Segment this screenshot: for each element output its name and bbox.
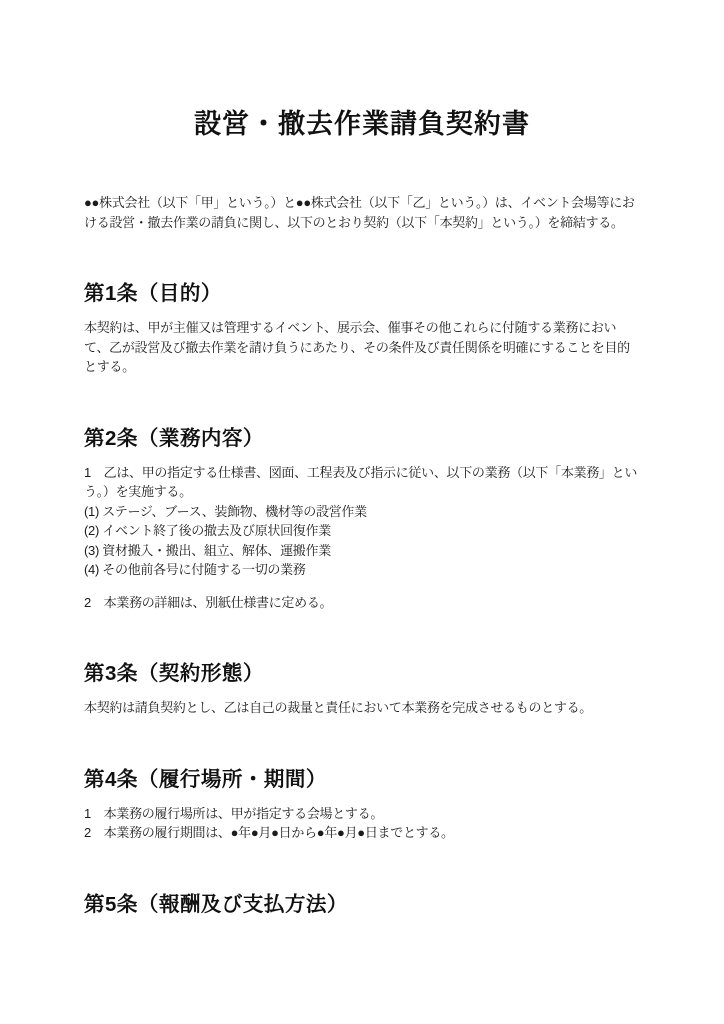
article-paragraph: 本契約は、甲が主催又は管理するイベント、展示会、催事その他これらに付随する業務に… [84, 318, 640, 377]
paragraph-group: 本契約は請負契約とし、乙は自己の裁量と責任において本業務を完成させるものとする。 [84, 698, 640, 718]
preamble-paragraph: ●●株式会社（以下「甲」という。）と●●株式会社（以下「乙」という。）は、イベン… [84, 193, 640, 232]
article-paragraph: 本契約は請負契約とし、乙は自己の裁量と責任において本業務を完成させるものとする。 [84, 698, 640, 718]
article-heading: 第1条（目的） [84, 280, 640, 308]
paragraph-group: 1 本業務の履行場所は、甲が指定する会場とする。2 本業務の履行期間は、●年●月… [84, 804, 640, 843]
document-title: 設営・撤去作業請負契約書 [84, 104, 640, 144]
article-section: 第4条（履行場所・期間）1 本業務の履行場所は、甲が指定する会場とする。2 本業… [84, 766, 640, 843]
article-section: 第2条（業務内容）1 乙は、甲の指定する仕様書、図面、工程表及び指示に従い、以下… [84, 425, 640, 613]
article-paragraph: 1 本業務の履行場所は、甲が指定する会場とする。 [84, 804, 640, 824]
article-paragraph: (1) ステージ、ブース、装飾物、機材等の設営作業 [84, 502, 640, 522]
contract-document-page: 設営・撤去作業請負契約書 ●●株式会社（以下「甲」という。）と●●株式会社（以下… [0, 0, 724, 1024]
paragraph-group: 本契約は、甲が主催又は管理するイベント、展示会、催事その他これらに付随する業務に… [84, 318, 640, 377]
article-paragraph: (2) イベント終了後の撤去及び原状回復作業 [84, 521, 640, 541]
article-paragraph: 2 本業務の詳細は、別紙仕様書に定める。 [84, 593, 640, 613]
article-heading: 第2条（業務内容） [84, 425, 640, 453]
article-paragraph: (4) その他前各号に付随する一切の業務 [84, 560, 640, 580]
article-section: 第5条（報酬及び支払方法） [84, 891, 640, 919]
article-paragraph: 2 本業務の履行期間は、●年●月●日から●年●月●日までとする。 [84, 823, 640, 843]
articles: 第1条（目的）本契約は、甲が主催又は管理するイベント、展示会、催事その他これらに… [84, 280, 640, 919]
article-section: 第1条（目的）本契約は、甲が主催又は管理するイベント、展示会、催事その他これらに… [84, 280, 640, 377]
article-heading: 第3条（契約形態） [84, 660, 640, 688]
article-paragraph: (3) 資材搬入・搬出、組立、解体、運搬作業 [84, 541, 640, 561]
article-heading: 第4条（履行場所・期間） [84, 766, 640, 794]
article-heading: 第5条（報酬及び支払方法） [84, 891, 640, 919]
paragraph-group: 1 乙は、甲の指定する仕様書、図面、工程表及び指示に従い、以下の業務（以下「本業… [84, 463, 640, 580]
article-section: 第3条（契約形態）本契約は請負契約とし、乙は自己の裁量と責任において本業務を完成… [84, 660, 640, 718]
paragraph-group: 2 本業務の詳細は、別紙仕様書に定める。 [84, 593, 640, 613]
article-paragraph: 1 乙は、甲の指定する仕様書、図面、工程表及び指示に従い、以下の業務（以下「本業… [84, 463, 640, 502]
